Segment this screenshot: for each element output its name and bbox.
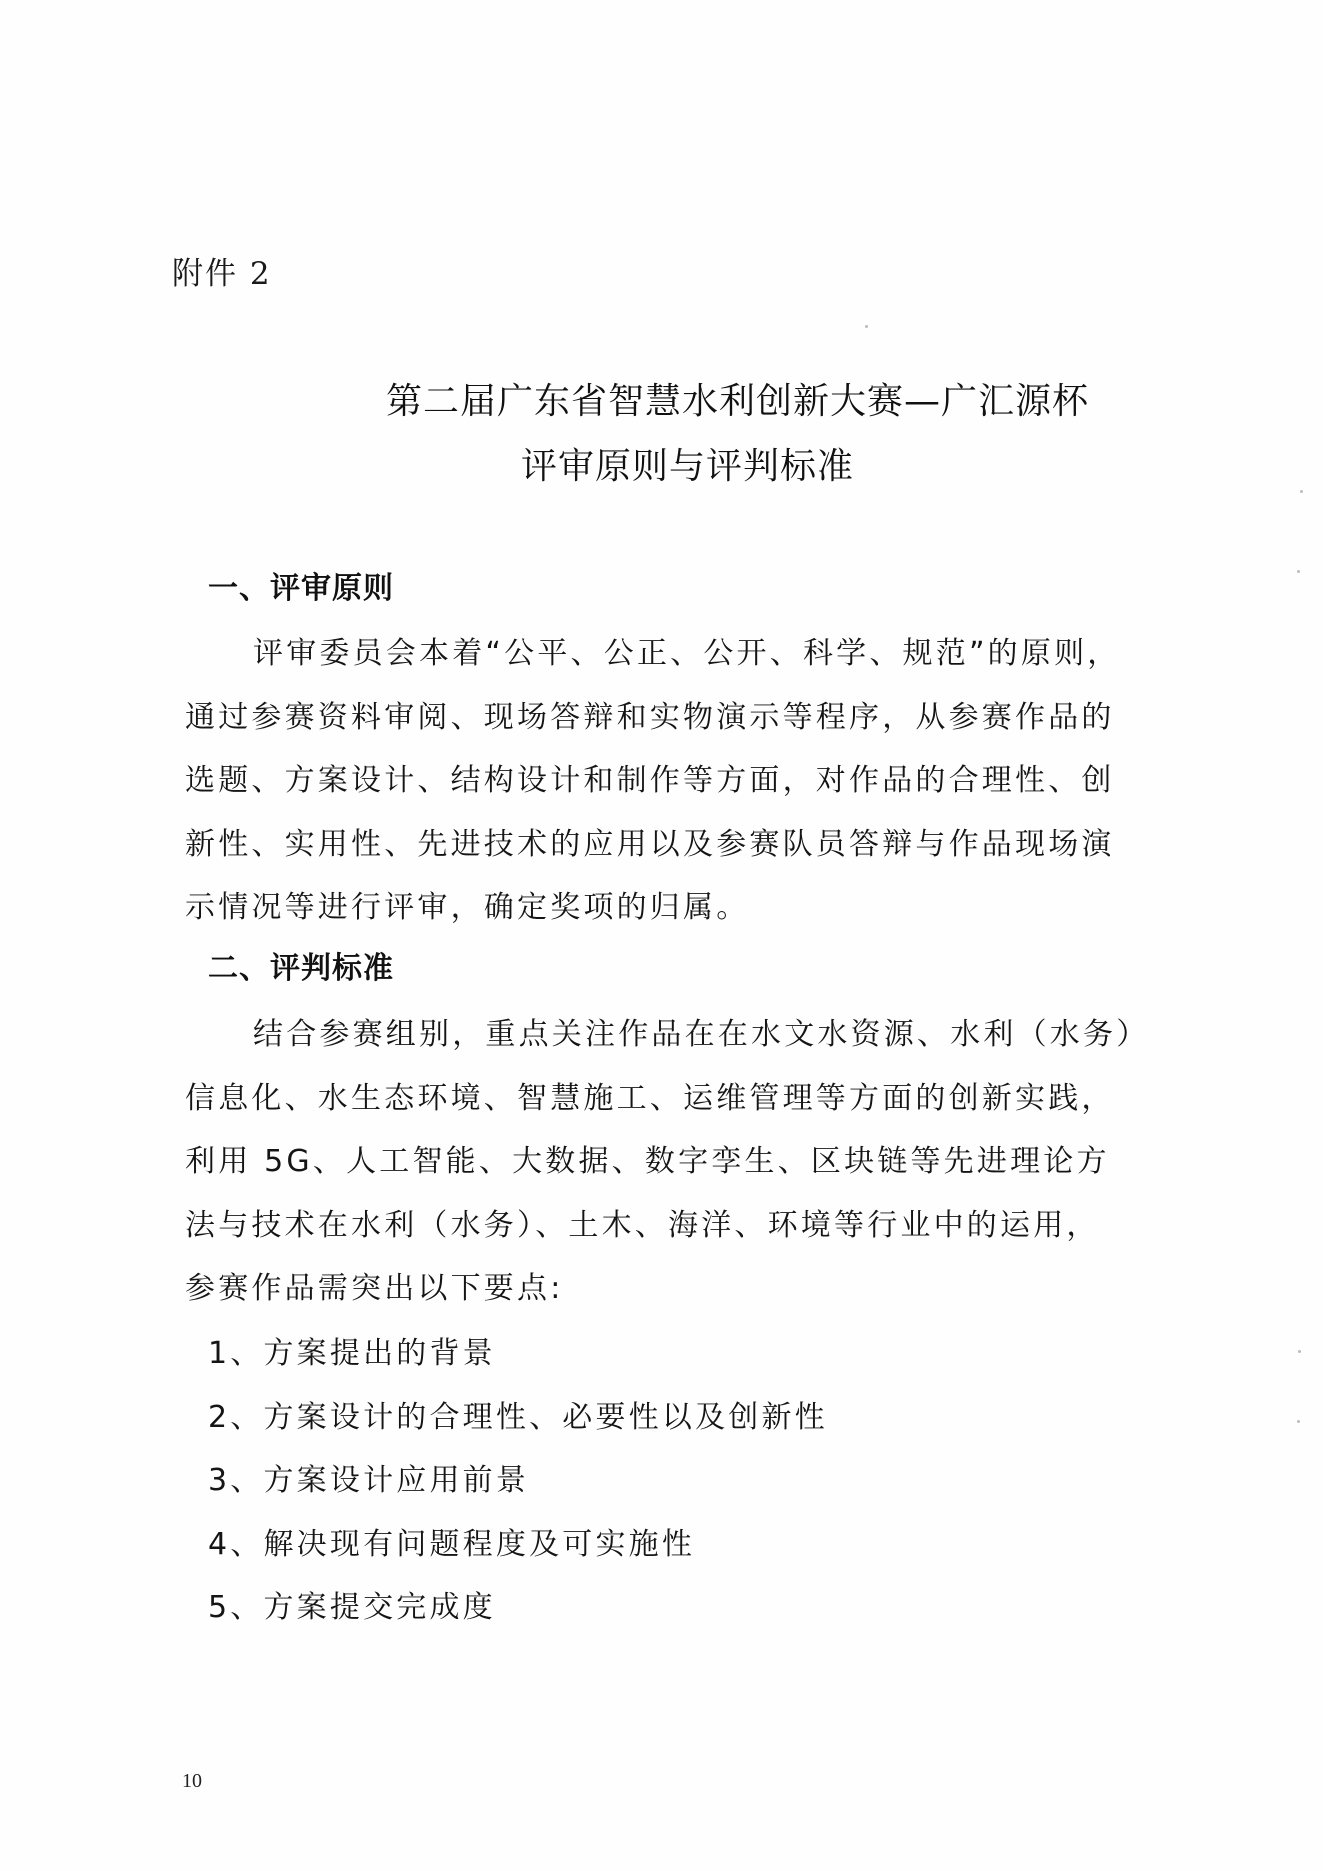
list-item: 1、方案提出的背景 xyxy=(208,1322,828,1386)
paragraph-line: 通过参赛资料审阅、现场答辩和实物演示等程序，从参赛作品的 xyxy=(185,686,1165,750)
section-heading-judging-criteria: 二、评判标准 xyxy=(208,943,394,987)
paragraph-line: 新性、实用性、先进技术的应用以及参赛队员答辩与作品现场演 xyxy=(185,813,1165,877)
paragraph-line: 结合参赛组别，重点关注作品在在水文水资源、水利（水务） xyxy=(185,1003,1165,1067)
paragraph-line: 选题、方案设计、结构设计和制作等方面，对作品的合理性、创 xyxy=(185,749,1165,813)
section-paragraph-review-principles: 评审委员会本着“公平、公正、公开、科学、规范”的原则， 通过参赛资料审阅、现场答… xyxy=(185,622,1165,940)
key-points-list: 1、方案提出的背景 2、方案设计的合理性、必要性以及创新性 3、方案设计应用前景… xyxy=(208,1322,828,1640)
scan-speck xyxy=(1300,490,1303,493)
scan-speck xyxy=(1297,1420,1300,1423)
paragraph-line: 利用 5G、人工智能、大数据、数字孪生、区块链等先进理论方 xyxy=(185,1130,1165,1194)
list-item: 3、方案设计应用前景 xyxy=(208,1449,828,1513)
scan-speck xyxy=(865,325,868,328)
section-paragraph-judging-criteria: 结合参赛组别，重点关注作品在在水文水资源、水利（水务） 信息化、水生态环境、智慧… xyxy=(185,1003,1165,1321)
attachment-label: 附件 2 xyxy=(172,248,272,293)
list-item: 4、解决现有问题程度及可实施性 xyxy=(208,1513,828,1577)
paragraph-line: 法与技术在水利（水务）、土木、海洋、环境等行业中的运用， xyxy=(185,1194,1165,1258)
document-page: 附件 2 第二届广东省智慧水利创新大赛—广汇源杯 评审原则与评判标准 一、评审原… xyxy=(0,0,1323,1871)
paragraph-line: 示情况等进行评审，确定奖项的归属。 xyxy=(185,876,1165,940)
list-item: 2、方案设计的合理性、必要性以及创新性 xyxy=(208,1386,828,1450)
scan-speck xyxy=(1298,1350,1301,1353)
document-title-line-1: 第二届广东省智慧水利创新大赛—广汇源杯 xyxy=(76,373,1323,424)
document-title-line-2: 评审原则与评判标准 xyxy=(26,438,1323,489)
page-number: 10 xyxy=(182,1770,202,1793)
paragraph-line: 信息化、水生态环境、智慧施工、运维管理等方面的创新实践， xyxy=(185,1067,1165,1131)
paragraph-line: 评审委员会本着“公平、公正、公开、科学、规范”的原则， xyxy=(185,622,1165,686)
scan-speck xyxy=(1297,570,1300,573)
list-item: 5、方案提交完成度 xyxy=(208,1576,828,1640)
paragraph-line: 参赛作品需突出以下要点: xyxy=(185,1257,1165,1321)
section-heading-review-principles: 一、评审原则 xyxy=(208,563,394,607)
